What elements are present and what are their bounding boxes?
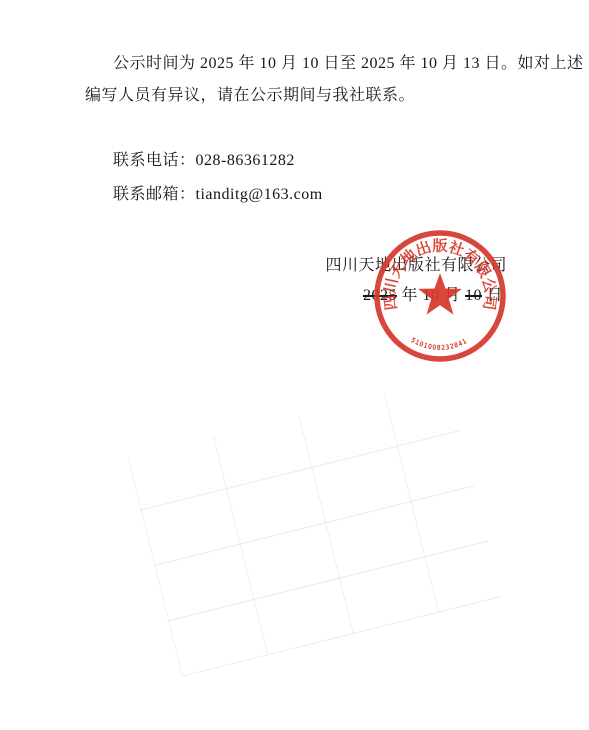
contact-phone-line: 联系电话：028-86361282 bbox=[113, 150, 295, 172]
document-page: 公示时间为 2025 年 10 月 10 日至 2025 年 10 月 13 日… bbox=[0, 0, 589, 730]
seal-code-text: 5101008232841 bbox=[410, 336, 469, 352]
contact-email-line: 联系邮箱：tianditg@163.com bbox=[113, 184, 323, 206]
watermark bbox=[128, 378, 503, 676]
company-seal: 四川天地出版社有限公司 5101008232841 bbox=[370, 226, 510, 366]
notice-paragraph-line-1: 公示时间为 2025 年 10 月 10 日至 2025 年 10 月 13 日… bbox=[113, 53, 584, 75]
star-icon bbox=[418, 273, 462, 315]
notice-paragraph-line-2: 编写人员有异议，请在公示期间与我社联系。 bbox=[85, 85, 415, 107]
